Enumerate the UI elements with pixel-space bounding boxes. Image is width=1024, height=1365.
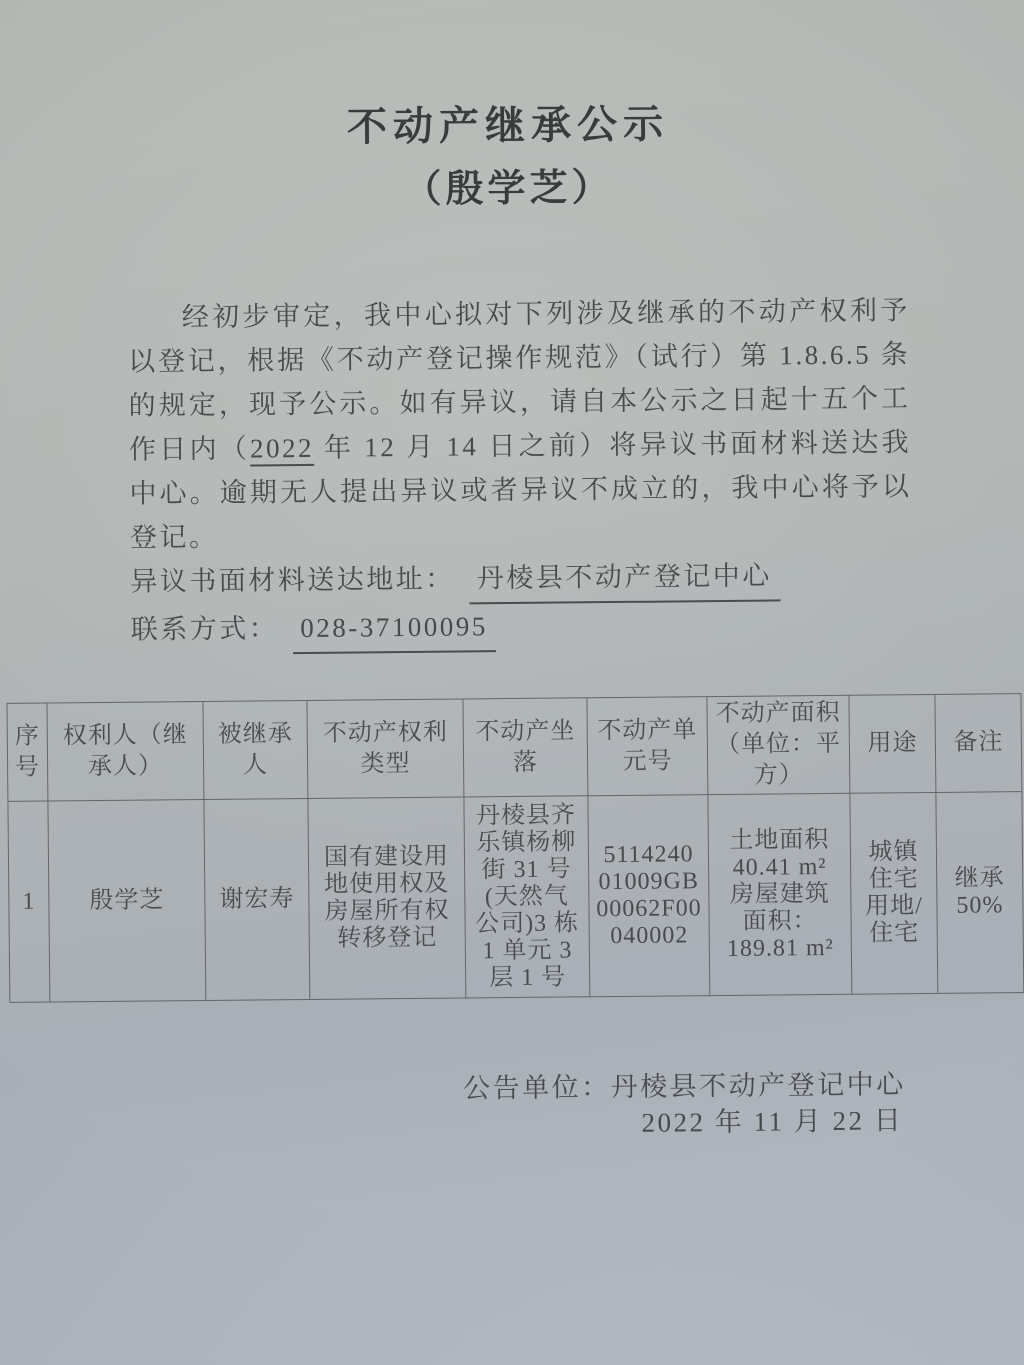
- header-remark: 备注: [935, 694, 1022, 793]
- cell-heir: 殷学芝: [48, 799, 206, 1001]
- header-location: 不动产坐落: [463, 698, 588, 797]
- header-decedent: 被继承人: [203, 700, 308, 799]
- table-row: 1 殷学芝 谢宏寿 国有建设用 地使用权及 房屋所有权 转移登记 丹棱县齐 乐镇…: [8, 792, 1024, 1003]
- header-area: 不动产面积（单位：平方）: [707, 695, 850, 794]
- cell-usage: 城镇 住宅 用地/ 住宅: [850, 792, 938, 994]
- cell-area: 土地面积 40.41 m² 房屋建筑 面积： 189.81 m²: [708, 793, 852, 995]
- cell-location: 丹棱县齐 乐镇杨柳 街 31 号 (天然气 公司)3 栋 1 单元 3 层 1 …: [464, 796, 590, 998]
- address-label: 异议书面材料送达地址：: [130, 564, 455, 597]
- issuer-label: 公告单位：: [463, 1072, 611, 1103]
- header-seq: 序号: [7, 703, 48, 801]
- cell-remark: 继承 50%: [936, 792, 1024, 994]
- footer-issuer-line: 公告单位：丹棱县不动产登记中心: [463, 1065, 1024, 1106]
- paper: 不动产继承公示 （殷学芝） 经初步审定，我中心拟对下列涉及继承的不动产权利予以登…: [0, 0, 1024, 1365]
- announcement-table: 序号 权利人（继承人） 被继承人 不动产权利类型 不动产坐落 不动产单元号 不动…: [6, 693, 1024, 1003]
- cell-unit-no: 5114240 01009GB 00062F00 040002: [588, 795, 710, 997]
- contact-line: 联系方式：028-37100095: [131, 600, 913, 656]
- header-heir: 权利人（继承人）: [47, 701, 204, 800]
- footer: 公告单位：丹棱县不动产登记中心 2022 年 11 月 22 日: [463, 1065, 1024, 1142]
- header-right-type: 不动产权利类型: [307, 699, 464, 798]
- header-usage: 用途: [849, 694, 936, 793]
- table-header-row: 序号 权利人（继承人） 被继承人 不动产权利类型 不动产坐落 不动产单元号 不动…: [7, 694, 1022, 802]
- cell-seq: 1: [8, 801, 50, 1002]
- address-value: 丹棱县不动产登记中心: [469, 553, 780, 604]
- cell-right-type: 国有建设用 地使用权及 房屋所有权 转移登记: [308, 797, 466, 999]
- notice-paragraph: 经初步审定，我中心拟对下列涉及继承的不动产权利予以登记，根据《不动产登记操作规范…: [128, 288, 912, 559]
- contact-value: 028-37100095: [292, 604, 496, 654]
- deadline-year: 2022: [250, 433, 314, 467]
- page-subtitle: （殷学芝）: [0, 161, 1021, 217]
- contact-label: 联系方式：: [131, 613, 279, 644]
- cell-decedent: 谢宏寿: [204, 798, 310, 1000]
- footer-date: 2022 年 11 月 22 日: [641, 1101, 1024, 1141]
- header-unit-no: 不动产单元号: [587, 697, 708, 796]
- address-line: 异议书面材料送达地址：丹棱县不动产登记中心: [130, 552, 912, 608]
- page-title: 不动产继承公示: [0, 97, 1020, 155]
- issuer-value: 丹棱县不动产登记中心: [611, 1069, 906, 1102]
